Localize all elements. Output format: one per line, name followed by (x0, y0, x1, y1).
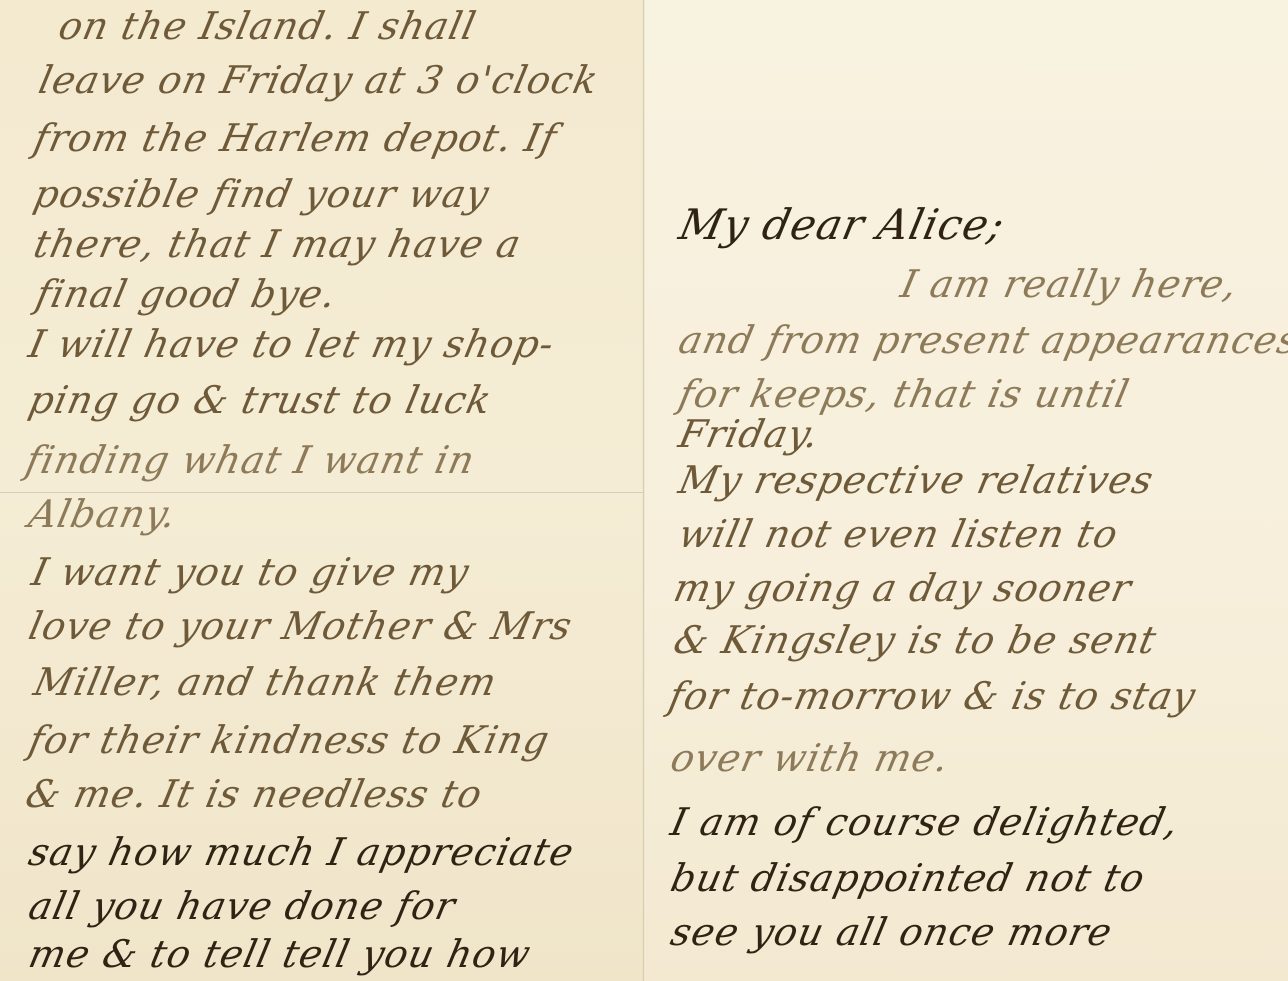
right-line-8: & Kingsley is to be sent (670, 618, 1161, 662)
left-line-16: say how much I appreciate (25, 830, 578, 874)
left-line-11: I want you to give my (28, 550, 474, 594)
left-line-13: Miller, and thank them (30, 660, 501, 704)
salutation: My dear Alice; (675, 200, 1009, 249)
left-line-4: possible find your way (30, 172, 494, 216)
right-line-1: I am really here, (897, 262, 1242, 306)
left-page: on the Island. I shall leave on Friday a… (0, 0, 644, 981)
left-line-6: final good bye. (32, 272, 341, 316)
right-line-4: Friday. (675, 412, 824, 456)
left-line-8: ping go & trust to luck (25, 378, 496, 422)
left-line-2: leave on Friday at 3 o'clock (35, 58, 603, 102)
right-line-5: My respective relatives (675, 458, 1158, 502)
right-line-9: for to-morrow & is to stay (665, 674, 1200, 718)
right-page: My dear Alice; I am really here, and fro… (645, 0, 1288, 981)
left-line-1: on the Island. I shall (55, 4, 480, 48)
left-line-12: love to your Mother & Mrs (25, 604, 576, 648)
right-line-12: but disappointed not to (667, 856, 1149, 900)
right-line-7: my going a day sooner (670, 566, 1136, 610)
left-line-5: there, that I may have a (30, 222, 525, 266)
left-line-14: for their kindness to King (25, 718, 554, 762)
left-line-15: & me. It is needless to (22, 772, 487, 816)
right-line-2: and from present appearances (675, 318, 1288, 362)
left-line-3: from the Harlem depot. If (30, 116, 561, 160)
left-line-7: I will have to let my shop- (25, 322, 558, 366)
left-line-9: finding what I want in (22, 438, 479, 482)
right-line-13: see you all once more (667, 910, 1117, 954)
left-line-10: Albany. (25, 492, 181, 536)
right-line-11: I am of course delighted, (667, 800, 1183, 844)
left-line-18: me & to tell tell you how (25, 932, 535, 976)
letter-scan: on the Island. I shall leave on Friday a… (0, 0, 1288, 981)
left-line-17: all you have done for (25, 884, 460, 928)
right-line-10: over with me. (667, 736, 954, 780)
right-line-6: will not even listen to (675, 512, 1122, 556)
right-line-3: for keeps, that is until (675, 372, 1134, 416)
